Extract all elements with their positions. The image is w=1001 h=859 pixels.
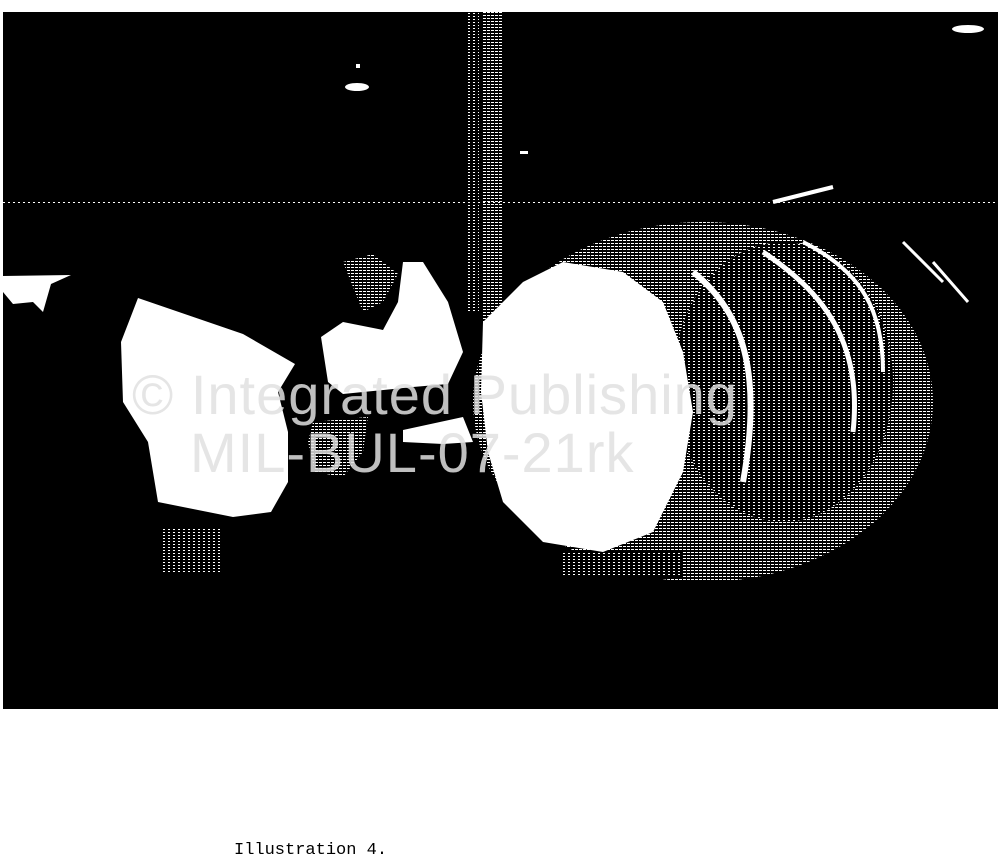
worker-figure	[308, 254, 473, 477]
foreground-bag	[121, 298, 295, 517]
background-object	[3, 275, 71, 312]
ledge-line	[3, 202, 998, 204]
floor-speckle	[163, 527, 223, 572]
figure-caption: Illustration 4.	[234, 841, 387, 859]
document-page: © Integrated Publishing MIL-BUL-07-21rk …	[0, 0, 1001, 859]
illustration-photo	[3, 12, 998, 709]
ceiling-light	[952, 25, 984, 33]
ceiling-light	[345, 83, 369, 91]
photo-scene	[3, 12, 998, 709]
coil-bale	[473, 187, 968, 582]
floor-speckle	[563, 552, 683, 577]
column	[465, 12, 503, 332]
